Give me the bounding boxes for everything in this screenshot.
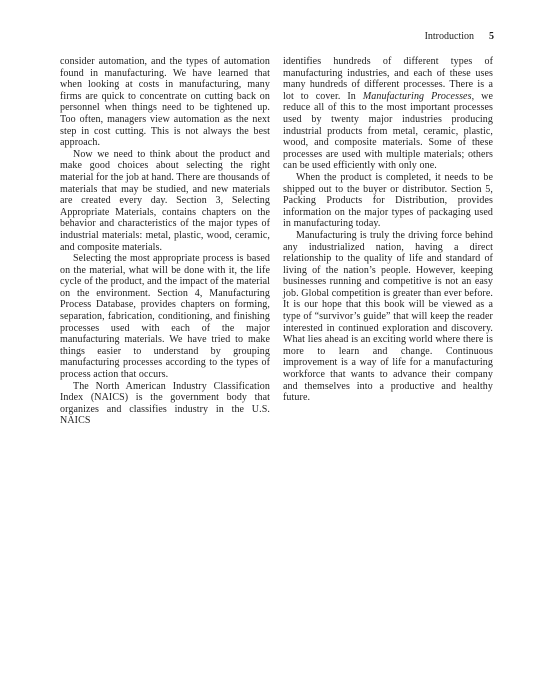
paragraph-continuation: identifies hundreds of different types o… — [283, 56, 493, 172]
text-columns: consider automation, and the types of au… — [60, 56, 494, 427]
left-column: consider automation, and the types of au… — [60, 56, 270, 427]
paragraph: The North American Industry Classificati… — [60, 381, 270, 427]
paragraph-continuation: consider automation, and the types of au… — [60, 56, 270, 149]
page-header: Introduction5 — [60, 31, 494, 43]
paragraph: When the product is completed, it needs … — [283, 172, 493, 230]
paragraph: Manufacturing is truly the driving force… — [283, 230, 493, 404]
book-title-italic: Manufacturing Processes — [363, 91, 472, 102]
paragraph: Selecting the most appropriate process i… — [60, 253, 270, 381]
page-number: 5 — [489, 31, 494, 42]
right-column: identifies hundreds of different types o… — [283, 56, 493, 427]
paragraph-text: , we reduce all of this to the most impo… — [283, 91, 493, 172]
book-page: Introduction5 consider automation, and t… — [0, 0, 546, 699]
running-title: Introduction — [425, 31, 474, 42]
paragraph: Now we need to think about the product a… — [60, 149, 270, 253]
